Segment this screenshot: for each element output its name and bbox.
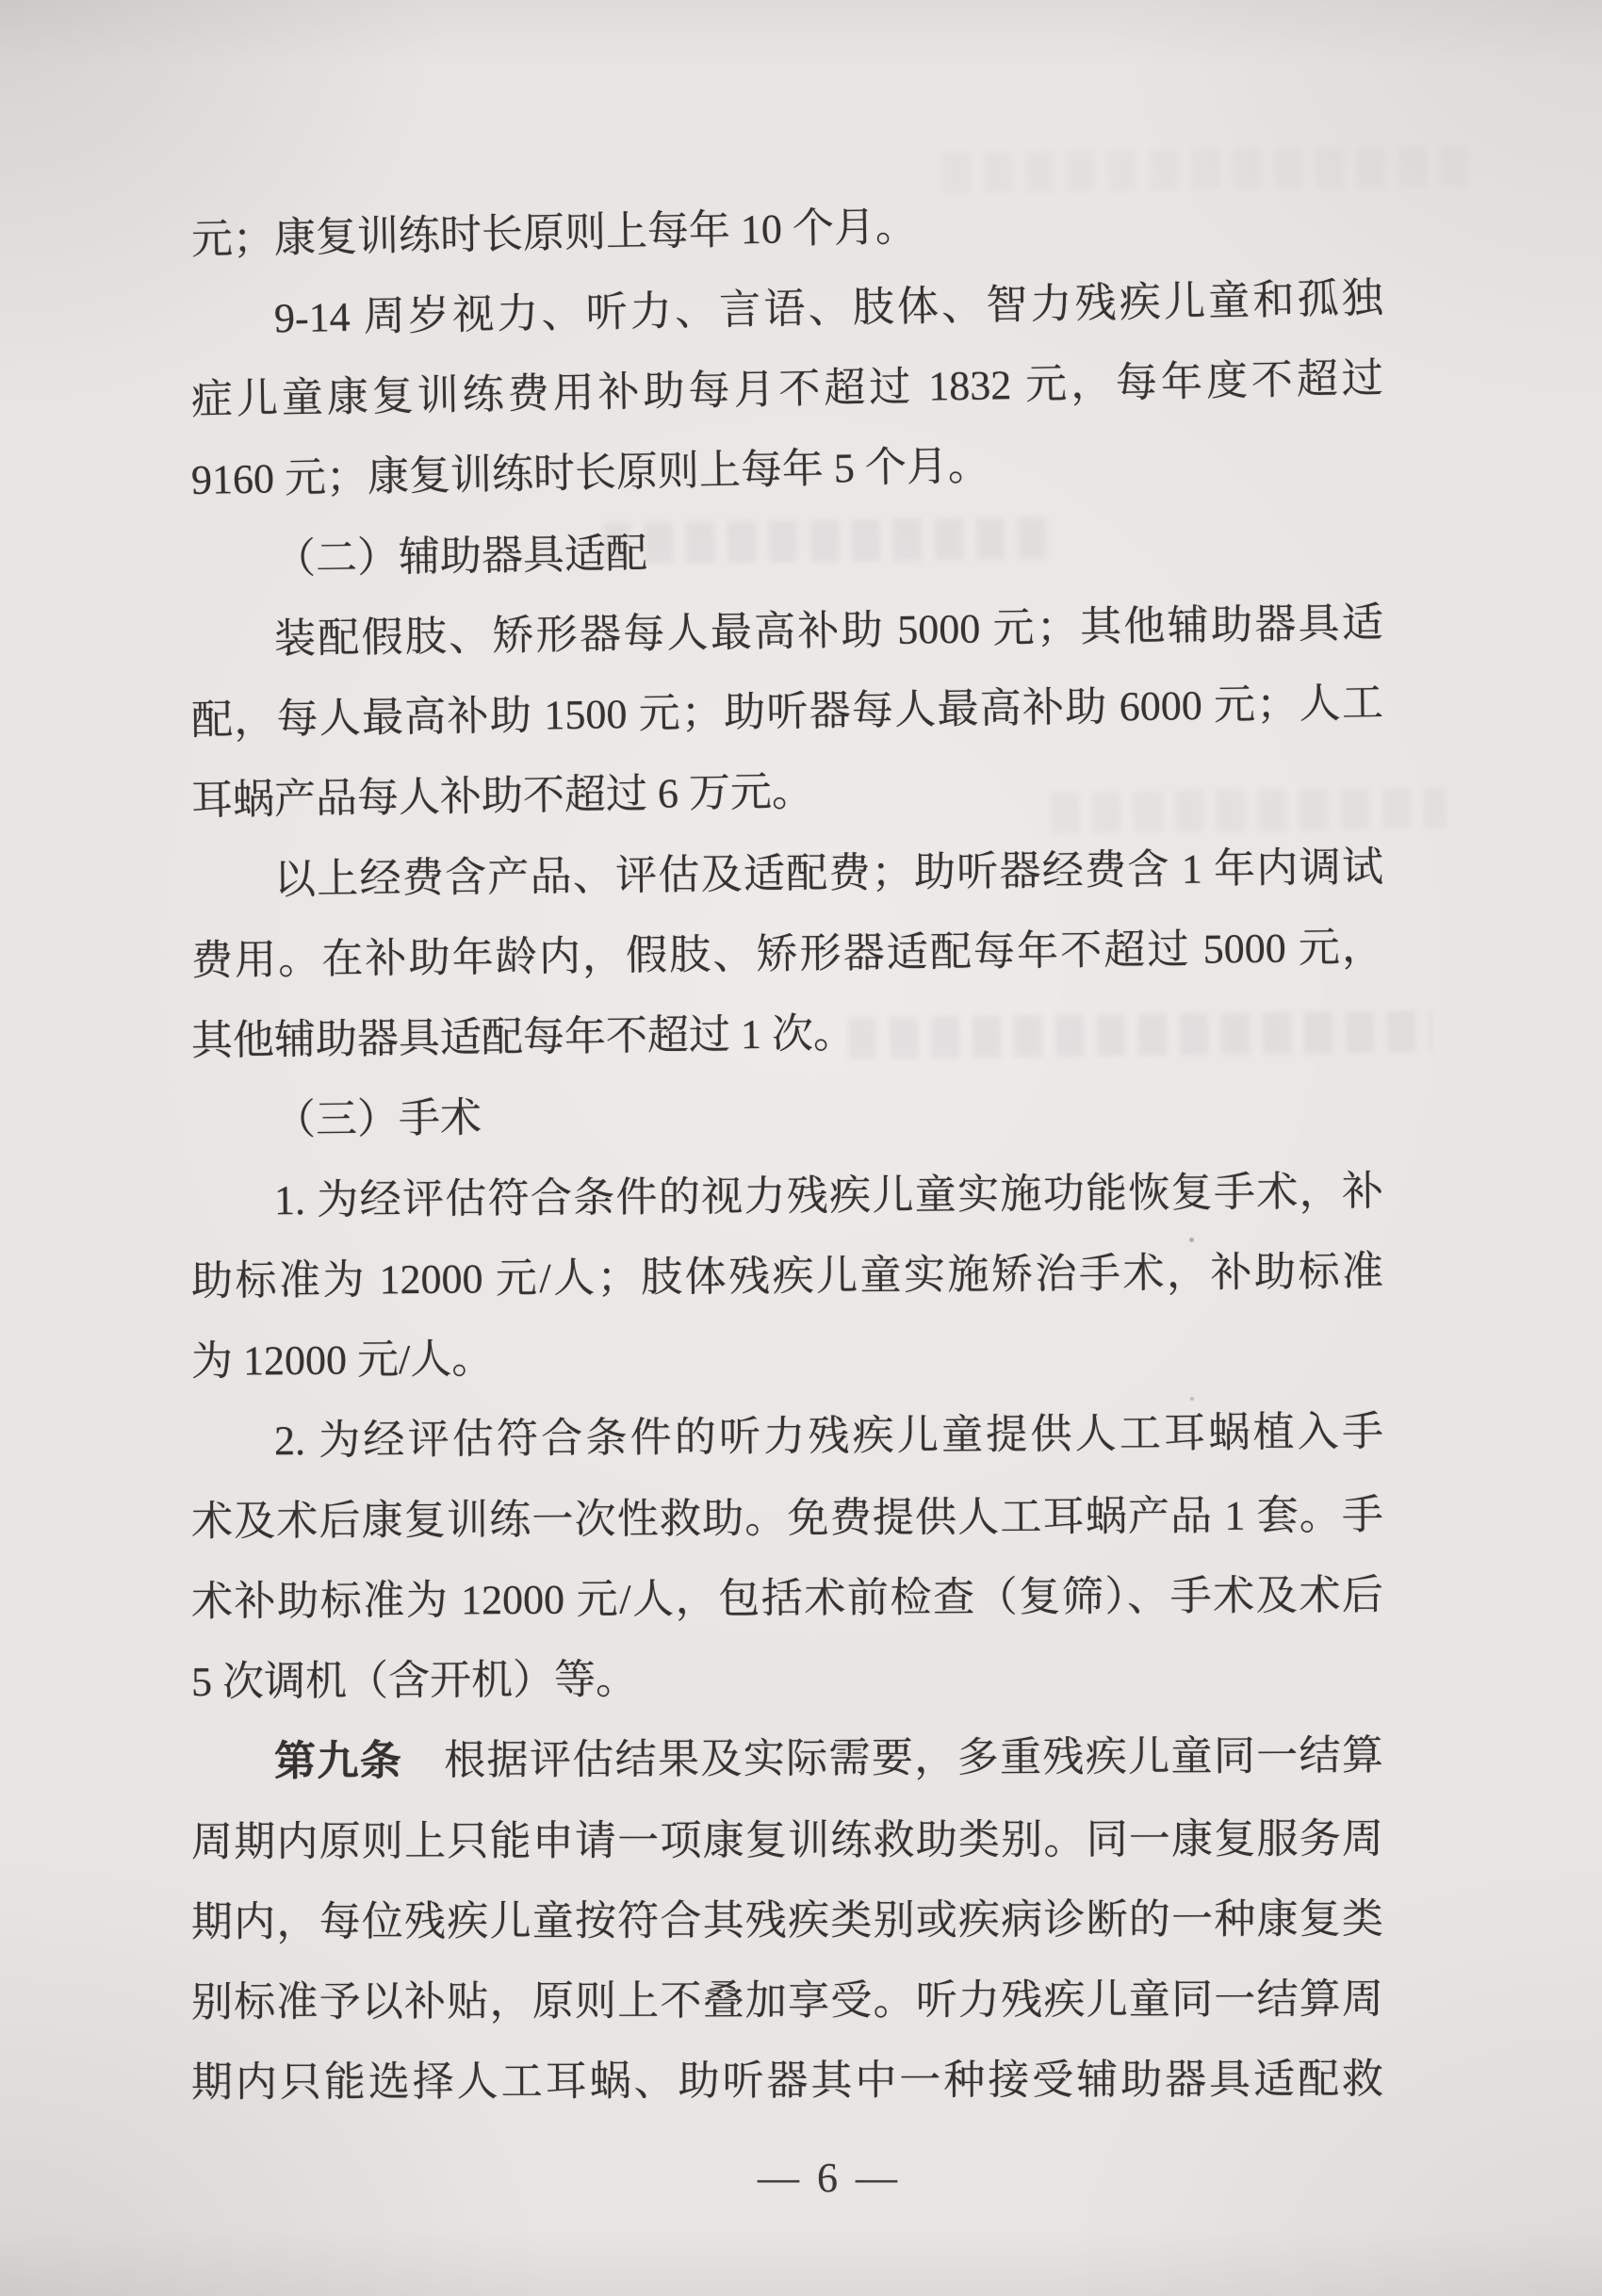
text-line: 费用。在补助年龄内，假肢、矫形器适配每年不超过 5000 元， (191, 907, 1384, 1001)
text-line: 术及术后康复训练一次性救助。免费提供人工耳蜗产品 1 套。手 (191, 1475, 1383, 1562)
text-line: 别标准予以补贴，原则上不叠加享受。听力残疾儿童同一结算周 (191, 1959, 1383, 2042)
article-9-line: 第九条根据评估结果及实际需要，多重残疾儿童同一结算 (191, 1715, 1383, 1802)
text-line: 为 12000 元/人。 (191, 1311, 1384, 1402)
page-number: — 6 — (28, 2154, 1602, 2202)
section-heading-line: （三）手术 (191, 1067, 1384, 1161)
scanned-document-page: 元；康复训练时长原则上每年 10 个月。 9-14 周岁视力、听力、言语、肢体、… (0, 0, 1602, 2296)
text-line: 2. 为经评估符合条件的听力残疾儿童提供人工耳蜗植入手 (191, 1391, 1384, 1482)
text-line: 期内，每位残疾儿童按符合其残疾类别或疾病诊断的一种康复类 (191, 1878, 1383, 1962)
text-line: 术补助标准为 12000 元/人，包括术前检查（复筛）、手术及术后 (191, 1555, 1383, 1642)
text-line: 以上经费含产品、评估及适配费；助听器经费含 1 年内调试 (191, 827, 1384, 921)
text-line: 5 次调机（含开机）等。 (191, 1635, 1383, 1722)
text-line: 1. 为经评估符合条件的视力残疾儿童实施功能恢复手术，补 (191, 1151, 1384, 1241)
text-line: 耳蜗产品每人补助不超过 6 万元。 (190, 743, 1383, 841)
text-line: 周期内原则上只能申请一项康复训练救助类别。同一康复服务周 (191, 1798, 1383, 1882)
document-body: 元；康复训练时长原则上每年 10 个月。 9-14 周岁视力、听力、言语、肢体、… (191, 200, 1383, 2123)
text-line: 助标准为 12000 元/人；肢体残疾儿童实施矫治手术，补助标准 (191, 1231, 1384, 1321)
text-line: 期内只能选择人工耳蜗、助听器其中一种接受辅助器具适配救 (191, 2039, 1383, 2123)
text-line: 其他辅助器具适配每年不超过 1 次。 (191, 987, 1384, 1081)
article-number: 第九条 (274, 1738, 402, 1785)
article-line-text: 根据评估结果及实际需要，多重残疾儿童同一结算 (444, 1732, 1383, 1784)
